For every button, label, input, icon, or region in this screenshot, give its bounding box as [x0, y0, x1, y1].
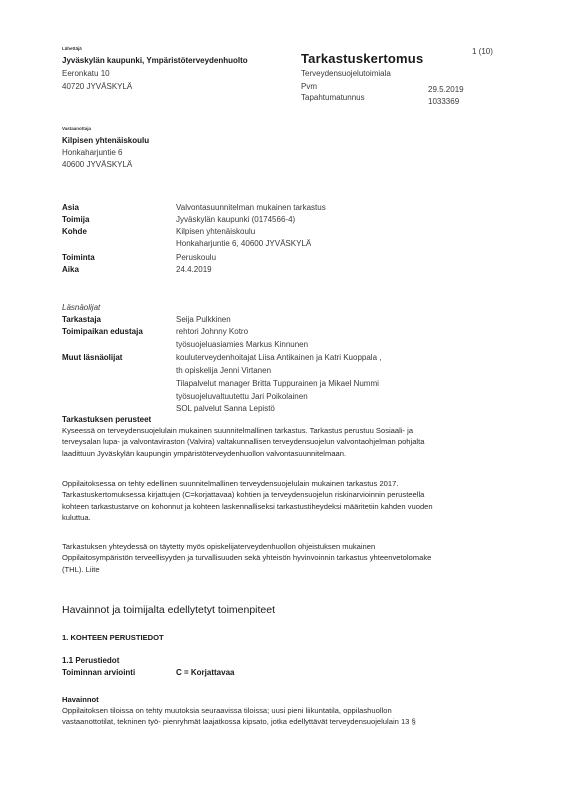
detail-label: Aika [62, 264, 79, 275]
attendee-value: rehtori Johnny Kotro [176, 326, 248, 337]
basis-paragraph-3: Tarkastuksen yhteydessä on täytetty myös… [62, 541, 512, 575]
basis-paragraph-2: Oppilaitoksessa on tehty edellinen suunn… [62, 478, 512, 524]
detail-value: 24.4.2019 [176, 264, 212, 275]
detail-label: Toimija [62, 214, 89, 225]
document-title: Tarkastuskertomus [301, 51, 423, 66]
detail-value: Jyväskylän kaupunki (0174566-4) [176, 214, 295, 225]
recipient-city: 40600 JYVÄSKYLÄ [62, 159, 132, 170]
rating-label: Toiminnan arviointi [62, 667, 135, 678]
recipient-street: Honkaharjuntie 6 [62, 147, 122, 158]
detail-label: Asia [62, 202, 79, 213]
detail-label: Kohde [62, 226, 87, 237]
recipient-name: Kilpisen yhtenäiskoulu [62, 135, 149, 146]
detail-value: Peruskoulu [176, 252, 216, 263]
observations-heading: Havainnot [62, 694, 99, 705]
sender-city: 40720 JYVÄSKYLÄ [62, 81, 132, 92]
rating-value: C = Korjattavaa [176, 667, 234, 678]
sender-name: Jyväskylän kaupunki, Ympäristöterveydenh… [62, 55, 248, 66]
subsection-heading: 1.1 Perustiedot [62, 655, 119, 666]
attendee-label: Toimipaikan edustaja [62, 326, 143, 337]
attendee-value: Seija Pulkkinen [176, 314, 231, 325]
document-subtitle: Terveydensuojelutoimiala [301, 68, 391, 79]
observations-text: Oppilaitoksen tiloissa on tehty muutoksi… [62, 705, 512, 728]
case-label: Tapahtumatunnus [301, 92, 365, 103]
recipient-label: Vastaanottaja [62, 126, 91, 131]
attendee-value: työsuojeluvaltuutettu Jari Poikolainen [176, 391, 308, 402]
detail-value: Honkaharjuntie 6, 40600 JYVÄSKYLÄ [176, 238, 311, 249]
basis-paragraph-1: Kyseessä on terveydensuojelulain mukaine… [62, 425, 512, 459]
page-number: 1 (10) [472, 46, 493, 57]
case-value: 1033369 [428, 96, 459, 107]
findings-heading: Havainnot ja toimijalta edellytetyt toim… [62, 604, 275, 616]
attendee-label: Tarkastaja [62, 314, 101, 325]
attendee-value: työsuojeluasiamies Markus Kinnunen [176, 339, 308, 350]
attendee-label: Muut läsnäolijat [62, 352, 122, 363]
attendee-value: SOL palvelut Sanna Lepistö [176, 403, 275, 414]
attendees-heading: Läsnäolijat [62, 302, 100, 313]
section-heading: 1. KOHTEEN PERUSTIEDOT [62, 632, 164, 643]
date-label: Pvm [301, 81, 317, 92]
attendee-value: th opiskelija Jenni Virtanen [176, 365, 271, 376]
attendee-value: Tilapalvelut manager Britta Tuppurainen … [176, 378, 379, 389]
sender-street: Eeronkatu 10 [62, 68, 110, 79]
basis-heading: Tarkastuksen perusteet [62, 414, 151, 425]
sender-label: Lähettäjä [62, 46, 82, 51]
detail-value: Kilpisen yhtenäiskoulu [176, 226, 255, 237]
detail-value: Valvontasuunnitelman mukainen tarkastus [176, 202, 326, 213]
detail-label: Toiminta [62, 252, 95, 263]
attendee-value: kouluterveydenhoitajat Liisa Antikainen … [176, 352, 381, 363]
date-value: 29.5.2019 [428, 84, 464, 95]
